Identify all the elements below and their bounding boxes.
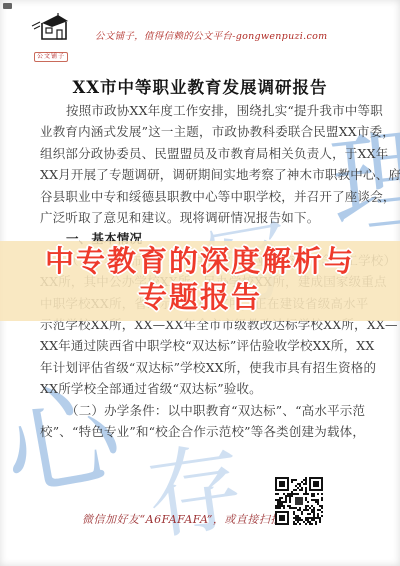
body-line: XX年通过陕西省中职学校“双达标”评估验收学校XX所，XX: [40, 338, 362, 353]
promo-overlay-banner: 中专教育的深度解析与 专题报告: [0, 241, 400, 321]
body-line: 谷县职业中专和绥德县职教中心等中职学校，并召开了座谈会，: [40, 189, 362, 204]
body-line: 业教育内涵式发展”这一主题，市政协教科委联合民盟XX市委，: [40, 124, 362, 139]
house-logo-icon: [28, 13, 74, 43]
body-line: XX所学校全部通过省级“双达标”验收。: [40, 381, 362, 396]
site-tagline: 公文铺子，值得信赖的公文平台-gongwenpuzi.com: [95, 28, 327, 42]
body-line: 组织部分政协委员、民盟盟员及市教育局相关负责人，于XX年: [40, 146, 362, 161]
promo-title-line2: 专题报告: [0, 280, 400, 316]
site-logo: 公文铺子: [26, 13, 76, 62]
body-line: （二）办学条件：以中职教育“双达标”、“高水平示范: [40, 403, 388, 418]
body-line: 校”、“特色专业”和“校企合作示范校”等各类创建为载体，: [40, 424, 362, 439]
body-line: 年计划评估省级“双达标”学校XX所，使我市具有招生资格的: [40, 360, 362, 375]
qr-code: [275, 477, 323, 525]
body-line: XX月开展了专题调研，调研期间实地考察了神木市职教中心、府: [40, 167, 362, 182]
logo-label: 公文铺子: [34, 52, 68, 62]
scan-smudge: [3, 3, 12, 9]
body-line: 按照市政协XX年度工作安排，围绕扎实“提升我市中等职: [40, 103, 388, 118]
document-page: 公文铺子 公文铺子，值得信赖的公文平台-gongwenpuzi.com 理 写 …: [0, 0, 400, 566]
promo-title-line1: 中专教育的深度解析与: [0, 244, 400, 280]
body-line: 广泛听取了意见和建议。现将调研情况报告如下。: [40, 210, 362, 225]
document-title: XX市中等职业教育发展调研报告: [0, 74, 400, 98]
